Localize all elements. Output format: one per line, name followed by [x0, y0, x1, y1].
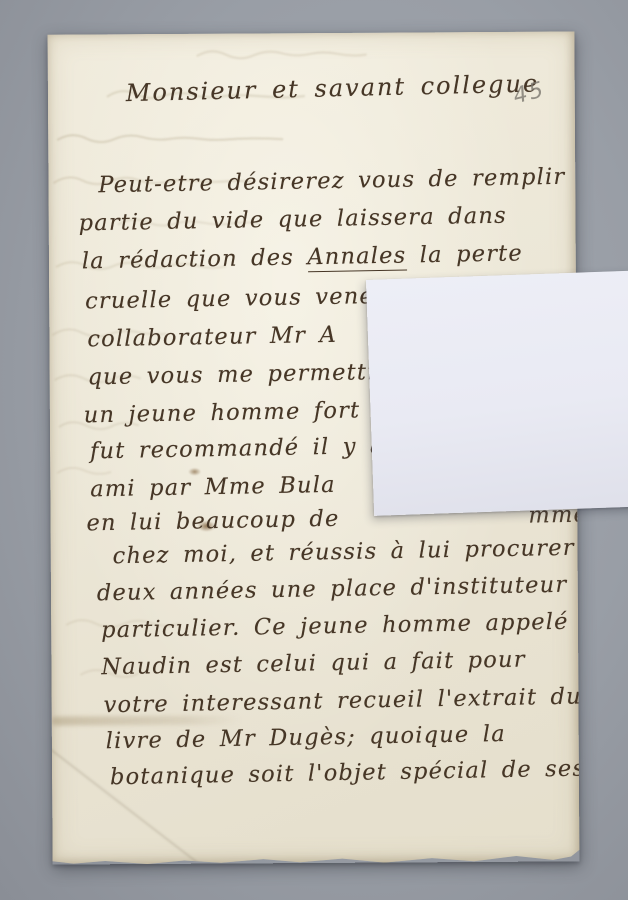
salutation: Monsieur et savant collegue	[125, 69, 539, 107]
pencil-number: 45	[510, 76, 548, 111]
manuscript-line: en lui beaucoup de	[86, 505, 340, 538]
manuscript-line: deux années une place d'instituteur	[97, 571, 568, 608]
manuscript-line: la rédaction des Annales la perte	[82, 239, 524, 275]
manuscript-line: votre interessant recueil l'extrait du	[103, 683, 579, 720]
line-text: la rédaction des	[82, 244, 308, 274]
manuscript-line: partie du vide que laissera dans	[78, 202, 507, 238]
manuscript-line: botanique soit l'objet spécial de ses	[110, 755, 580, 792]
manuscript-line: chez moi, et réussis à lui procurer pour	[112, 532, 579, 570]
line-text: la perte	[406, 240, 523, 268]
covering-card	[366, 270, 628, 516]
manuscript-line: Peut-etre désirerez vous de remplir en	[98, 162, 579, 199]
manuscript-line: livre de Mr Dugès; quoique la	[106, 720, 507, 755]
manuscript-line: collaborateur Mr A	[87, 321, 337, 354]
underlined-word: Annales	[307, 242, 407, 272]
manuscript-line: Naudin est celui qui a fait pour	[101, 646, 526, 682]
manuscript-line: fut recommandé il y a	[90, 432, 385, 465]
manuscript-line: ami par Mme Bula	[90, 471, 336, 503]
manuscript-line: cruelle que vous venez	[85, 282, 387, 316]
photo-background: Monsieur et savant collegue 45 Peut-etre…	[0, 0, 628, 900]
manuscript-line: particulier. Ce jeune homme appelé	[101, 608, 569, 645]
manuscript-line: que vous me permettre	[87, 358, 394, 392]
manuscript-line: un jeune homme fort i	[84, 396, 383, 429]
